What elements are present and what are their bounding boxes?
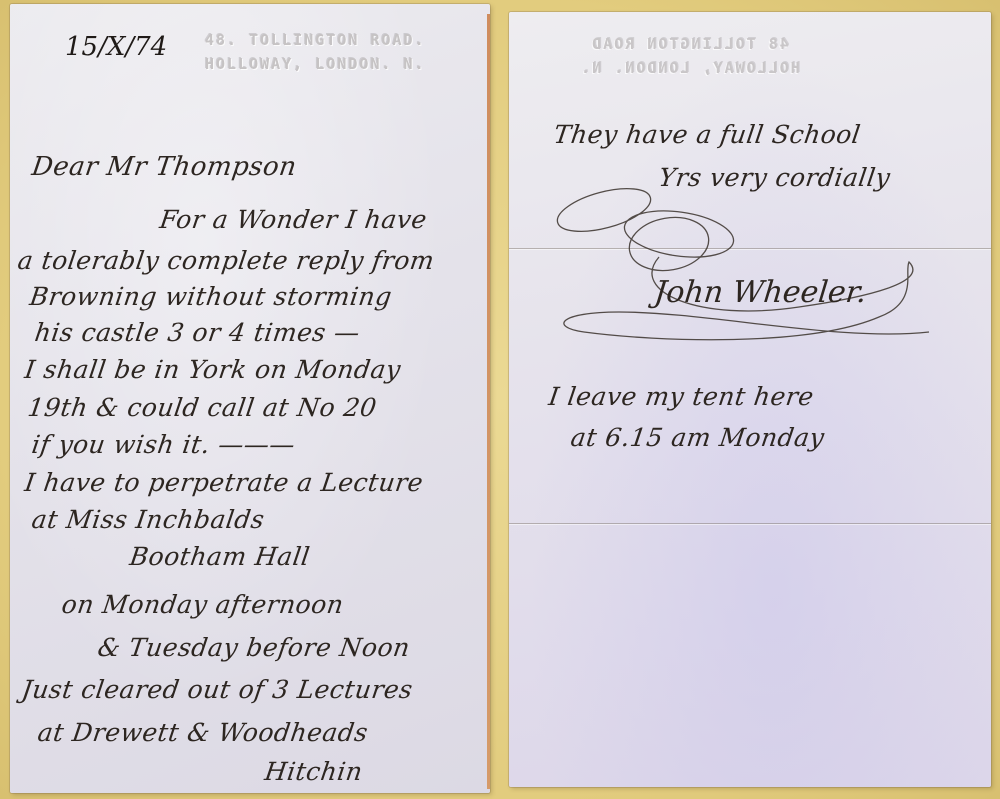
letter-line: his castle 3 or 4 times — [33, 320, 361, 345]
letter-page-left: 15/X/74 48. TOLLINGTON ROAD. HOLLOWAY, L… [10, 4, 490, 793]
letter-line: Just cleared out of 3 Lectures [20, 677, 414, 702]
letter-date: 15/X/74 [65, 32, 167, 62]
salutation: Dear Mr Thompson [30, 154, 298, 180]
letter-line: at Drewett & Woodheads [36, 720, 369, 745]
signature-flourish-icon: John Wheeler. [509, 12, 991, 372]
postscript-line: at 6.15 am Monday [569, 425, 826, 450]
letter-line: a tolerably complete reply from [16, 248, 436, 273]
signature: John Wheeler. [647, 275, 868, 310]
letterhead-line-2: HOLLOWAY, LONDON. N. [205, 52, 426, 76]
embossed-letterhead: 48. TOLLINGTON ROAD. HOLLOWAY, LONDON. N… [205, 28, 426, 76]
letter-line: Browning without storming [28, 284, 393, 309]
postscript-line: I leave my tent here [547, 384, 815, 409]
letter-line: Bootham Hall [128, 544, 311, 569]
letter-line: if you wish it. ——— [30, 432, 297, 457]
letter-line: For a Wonder I have [158, 207, 428, 232]
letter-line: & Tuesday before Noon [96, 635, 411, 660]
letter-line: on Monday afternoon [60, 592, 345, 617]
letter-line: 19th & could call at No 20 [26, 395, 378, 420]
letter-line: I have to perpetrate a Lecture [23, 470, 425, 495]
letter-line: at Miss Inchbalds [30, 507, 266, 532]
fold-line [509, 523, 991, 524]
letter-line: Hitchin [263, 759, 364, 784]
letter-line: I shall be in York on Monday [23, 357, 402, 382]
letter-page-right: 48 TOLLINGTON ROAD HOLLOWAY, LONDON. N. … [509, 12, 991, 787]
letterhead-line-1: 48. TOLLINGTON ROAD. [205, 28, 426, 52]
